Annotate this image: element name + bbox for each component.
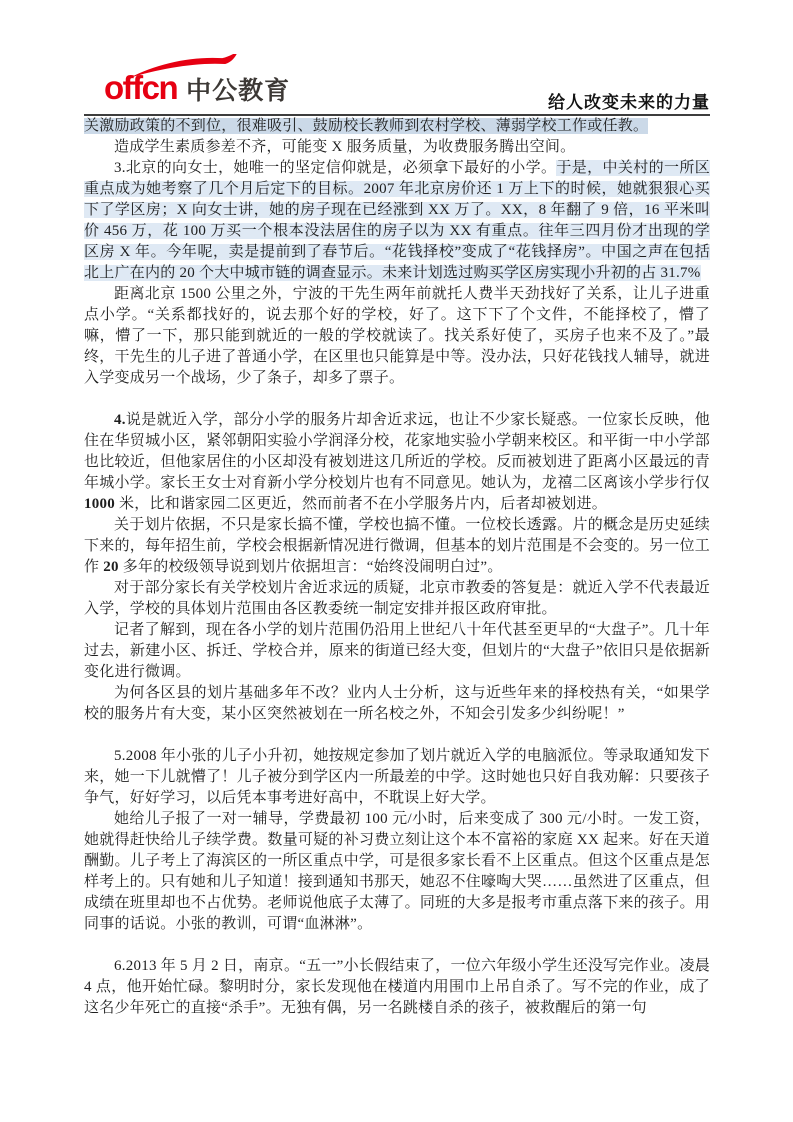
paragraph: 记者了解到，现在各小学的划片范围仍沿用上世纪八十年代甚至更早的“大盘子”。几十年… [84, 620, 710, 683]
paragraph: 3.北京的向女士，她唯一的坚定信仰就是，必须拿下最好的小学。于是，中关村的一所区… [84, 158, 710, 284]
text-run: 距离北京 1500 公里之外，宁波的干先生两年前就托人费半天劲找好了关系，让儿子… [84, 286, 710, 386]
text-run: 于是，中关村的一所区重点成为她考察了几个月后定下的目标。2007 年北京房价还 … [84, 160, 710, 281]
paragraph: 6.2013 年 5 月 2 日，南京。“五一”小长假结束了，一位六年级小学生还… [84, 956, 710, 1019]
paragraph: 关于划片依据，不只是家长搞不懂，学校也搞不懂。一位校长透露。片的概念是历史延续下… [84, 515, 710, 578]
text-run: 造成学生素质参差不齐，可能变 X 服务质量，为收费服务腾出空间。 [114, 139, 575, 155]
text-run: 多年的校级领导说到划片依据坦言：“始终没闹明白过”。 [119, 559, 503, 575]
paragraph: 距离北京 1500 公里之外，宁波的干先生两年前就托人费半天劲找好了关系，让儿子… [84, 284, 710, 389]
paragraph: 她给儿子报了一对一辅导，学费最初 100 元/小时，后来变成了 300 元/小时… [84, 809, 710, 935]
header-tagline: 给人改变未来的力量 [548, 93, 710, 113]
document-body: 关激励政策的不到位，很难吸引、鼓励校长教师到农村学校、薄弱学校工作或任教。造成学… [84, 116, 710, 1019]
text-run: 米，比和谐家园二区更近，然而前者不在小学服务片内，后者却被划进。 [115, 496, 607, 512]
document-page: offcn 中公教育 给人改变未来的力量 关激励政策的不到位，很难吸引、鼓励校长… [0, 0, 793, 1122]
paragraph: 为何各区县的划片基础多年不改？业内人士分析，这与近些年来的择校热有关，“如果学校… [84, 683, 710, 725]
text-run: 1000 [84, 496, 115, 512]
paragraph: 关激励政策的不到位，很难吸引、鼓励校长教师到农村学校、薄弱学校工作或任教。 [84, 116, 710, 137]
text-run: 说是就近入学，部分小学的服务片却舍近求远，也让不少家长疑惑。一位家长反映，他住在… [84, 412, 710, 491]
paragraph: 对于部分家长有关学校划片舍近求远的质疑，北京市教委的答复是：就近入学不代表最近入… [84, 578, 710, 620]
text-run: 6.2013 年 5 月 2 日，南京。“五一”小长假结束了，一位六年级小学生还… [84, 958, 710, 1016]
text-run: 记者了解到，现在各小学的划片范围仍沿用上世纪八十年代甚至更早的“大盘子”。几十年… [84, 622, 710, 680]
paragraph: 4.说是就近入学，部分小学的服务片却舍近求远，也让不少家长疑惑。一位家长反映，他… [84, 410, 710, 515]
logo-swoosh-icon [130, 54, 238, 78]
paragraph: 5.2008 年小张的儿子小升初，她按规定参加了划片就近入学的电脑派位。等录取通… [84, 746, 710, 809]
text-run: 为何各区县的划片基础多年不改？业内人士分析，这与近些年来的择校热有关，“如果学校… [84, 685, 710, 722]
text-run: 5.2008 年小张的儿子小升初，她按规定参加了划片就近入学的电脑派位。等录取通… [84, 748, 710, 806]
offcn-logo: offcn 中公教育 [104, 56, 290, 104]
text-run: 关激励政策的不到位，很难吸引、鼓励校长教师到农村学校、薄弱学校工作或任教。 [84, 118, 648, 134]
text-run: 她给儿子报了一对一辅导，学费最初 100 元/小时，后来变成了 300 元/小时… [84, 811, 710, 932]
logo-brand-cn: 中公教育 [186, 79, 290, 104]
text-run: 20 [103, 559, 119, 575]
text-run: 3.北京的向女士，她唯一的坚定信仰就是，必须拿下最好的小学。 [114, 160, 556, 176]
text-run: 对于部分家长有关学校划片舍近求远的质疑，北京市教委的答复是：就近入学不代表最近入… [84, 580, 710, 617]
logo-wordmark: offcn [104, 71, 177, 104]
text-run: 4. [114, 412, 126, 428]
paragraph: 造成学生素质参差不齐，可能变 X 服务质量，为收费服务腾出空间。 [84, 137, 710, 158]
